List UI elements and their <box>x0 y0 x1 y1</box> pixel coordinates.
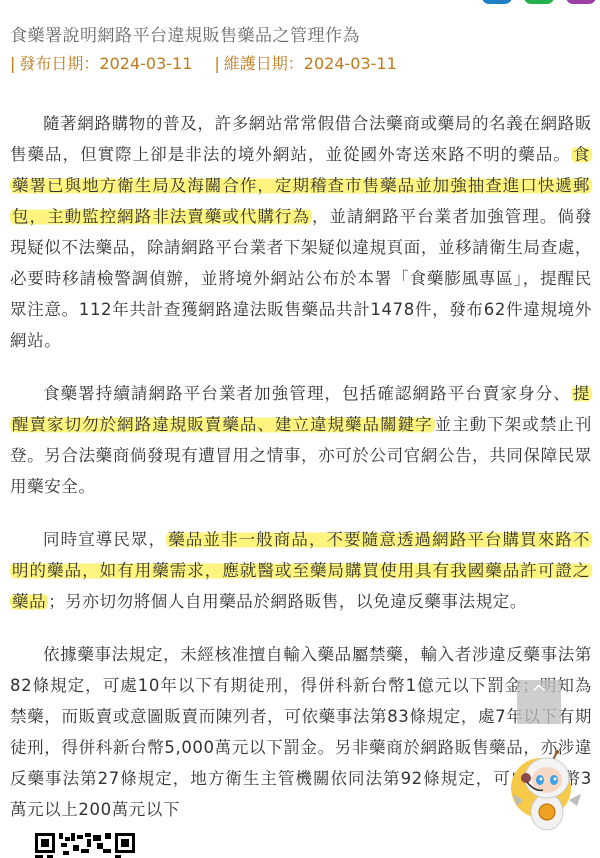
qr-code <box>35 831 135 858</box>
date-separator: | <box>214 54 219 73</box>
chevron-up-icon: ^ <box>531 682 548 704</box>
share-button[interactable] <box>566 0 596 4</box>
back-to-top-button[interactable]: ^ <box>517 680 561 724</box>
chatbot-mascot-button[interactable] <box>505 750 585 835</box>
line-share-button[interactable] <box>524 0 554 4</box>
text-segment: 隨著網路購物的普及，許多網站常常假借合法藥商或藥局的名義在網路販售藥品，但實際上… <box>10 114 592 164</box>
date-separator: | <box>10 54 15 73</box>
text-segment: ，並請網路平台業者加強管理。倘發現疑似不法藥品，除請網路平台業者下架疑似違規頁面… <box>10 207 592 350</box>
maintain-date: 2024-03-11 <box>304 54 397 73</box>
article-header: 食藥署說明網路平台違規販售藥品之管理作為 |發布日期：2024-03-11|維護… <box>10 24 590 78</box>
publish-date-label: 發布日期： <box>19 54 99 73</box>
article-dates: |發布日期：2024-03-11|維護日期：2024-03-11 <box>10 50 590 78</box>
text-segment: 食藥署持續請網路平台業者加強管理，包括確認網路平台賣家身分、 <box>43 384 571 403</box>
maintain-date-label: 維護日期： <box>224 54 304 73</box>
text-segment: 同時宣導民眾， <box>43 530 166 549</box>
paragraph-1: 隨著網路購物的普及，許多網站常常假借合法藥商或藥局的名義在網路販售藥品，但實際上… <box>10 108 592 356</box>
paragraph-2: 食藥署持續請網路平台業者加強管理，包括確認網路平台賣家身分、提醒賣家切勿於網路違… <box>10 378 592 502</box>
paragraph-3: 同時宣導民眾，藥品並非一般商品，不要隨意透過網路平台購買來路不明的藥品，如有用藥… <box>10 524 592 617</box>
facebook-share-button[interactable] <box>482 0 512 4</box>
robot-mascot-icon <box>505 750 585 835</box>
qr-code-icon <box>35 831 135 858</box>
text-segment: ；另亦切勿將個人自用藥品於網路販售，以免違反藥事法規定。 <box>48 592 527 611</box>
share-bar <box>482 0 596 4</box>
article-title: 食藥署說明網路平台違規販售藥品之管理作為 <box>10 24 590 48</box>
article-body: 隨著網路購物的普及，許多網站常常假借合法藥商或藥局的名義在網路販售藥品，但實際上… <box>10 108 592 847</box>
publish-date: 2024-03-11 <box>99 54 192 73</box>
